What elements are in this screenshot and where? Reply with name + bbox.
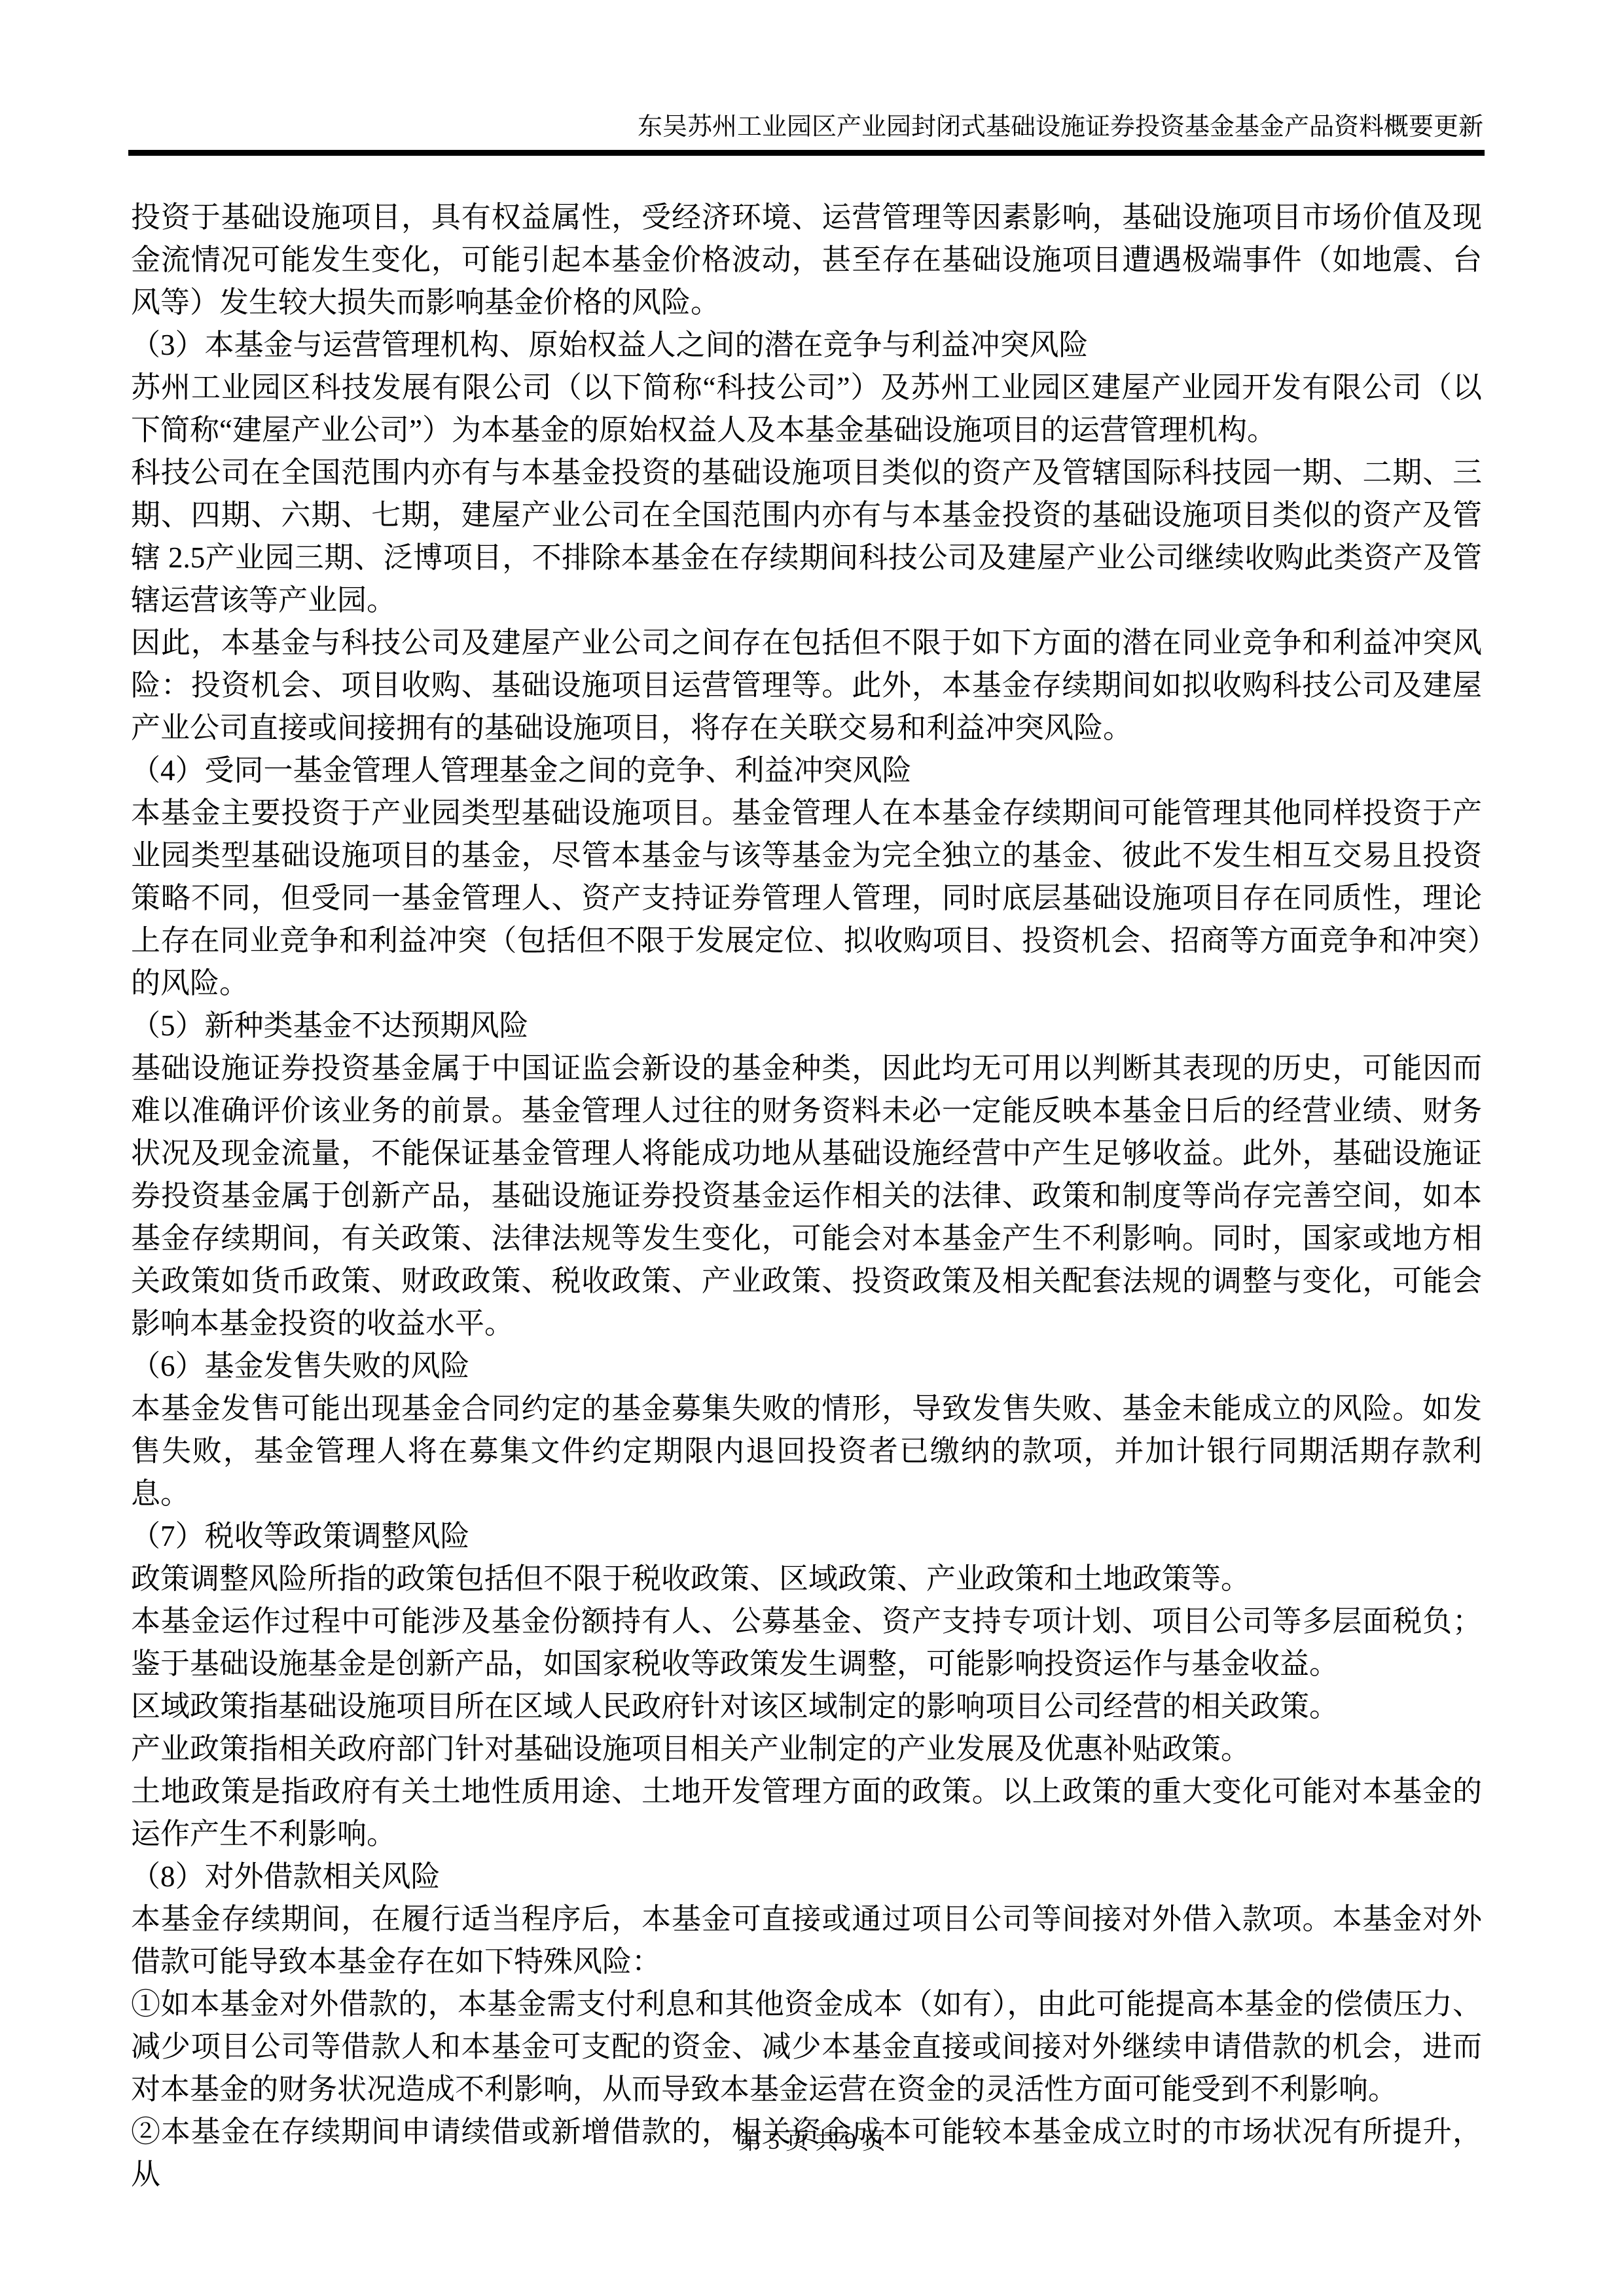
paragraph: 本基金发售可能出现基金合同约定的基金募集失败的情形，导致发售失败、基金未能成立的…	[131, 1388, 1482, 1515]
paragraph: ①如本基金对外借款的，本基金需支付利息和其他资金成本（如有），由此可能提高本基金…	[131, 1983, 1482, 2111]
paragraph: 因此，本基金与科技公司及建屋产业公司之间存在包括但不限于如下方面的潜在同业竞争和…	[131, 622, 1482, 749]
section-heading: （7）税收等政策调整风险	[131, 1515, 1482, 1558]
paragraph: 投资于基础设施项目，具有权益属性，受经济环境、运营管理等因素影响，基础设施项目市…	[131, 196, 1482, 324]
paragraph: 产业政策指相关政府部门针对基础设施项目相关产业制定的产业发展及优惠补贴政策。	[131, 1728, 1482, 1770]
document-body: 投资于基础设施项目，具有权益属性，受经济环境、运营管理等因素影响，基础设施项目市…	[131, 196, 1482, 2196]
section-heading: （3）本基金与运营管理机构、原始权益人之间的潜在竞争与利益冲突风险	[131, 324, 1482, 367]
page-footer: 第 5 页 共 9 页	[0, 2126, 1624, 2156]
section-heading: （8）对外借款相关风险	[131, 1856, 1482, 1898]
page-header-title: 东吴苏州工业园区产业园封闭式基础设施证券投资基金基金产品资料概要更新	[131, 111, 1483, 143]
paragraph: 土地政策是指政府有关土地性质用途、土地开发管理方面的政策。以上政策的重大变化可能…	[131, 1770, 1482, 1856]
paragraph: 本基金主要投资于产业园类型基础设施项目。基金管理人在本基金存续期间可能管理其他同…	[131, 792, 1482, 1005]
paragraph: 区域政策指基础设施项目所在区域人民政府针对该区域制定的影响项目公司经营的相关政策…	[131, 1685, 1482, 1728]
paragraph: 苏州工业园区科技发展有限公司（以下简称“科技公司”）及苏州工业园区建屋产业园开发…	[131, 367, 1482, 452]
section-heading: （4）受同一基金管理人管理基金之间的竞争、利益冲突风险	[131, 749, 1482, 792]
paragraph: 基础设施证券投资基金属于中国证监会新设的基金种类，因此均无可用以判断其表现的历史…	[131, 1047, 1482, 1345]
paragraph: 科技公司在全国范围内亦有与本基金投资的基础设施项目类似的资产及管辖国际科技园一期…	[131, 452, 1482, 622]
paragraph: 本基金运作过程中可能涉及基金份额持有人、公募基金、资产支持专项计划、项目公司等多…	[131, 1600, 1482, 1685]
section-heading: （6）基金发售失败的风险	[131, 1345, 1482, 1388]
paragraph: 本基金存续期间，在履行适当程序后，本基金可直接或通过项目公司等间接对外借入款项。…	[131, 1898, 1482, 1983]
header-rule	[128, 150, 1485, 156]
paragraph: 政策调整风险所指的政策包括但不限于税收政策、区域政策、产业政策和土地政策等。	[131, 1558, 1482, 1600]
section-heading: （5）新种类基金不达预期风险	[131, 1005, 1482, 1047]
document-page: 东吴苏州工业园区产业园封闭式基础设施证券投资基金基金产品资料概要更新 投资于基础…	[0, 0, 1624, 2296]
